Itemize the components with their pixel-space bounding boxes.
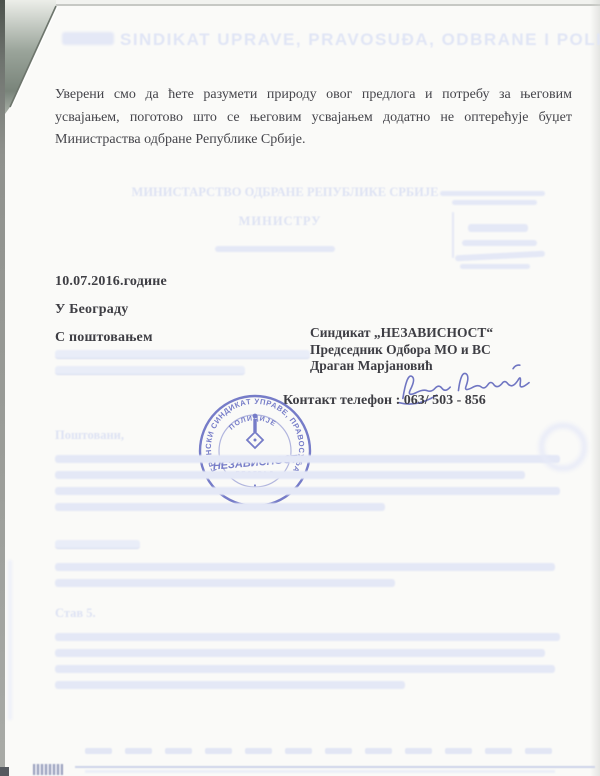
ghost-text-line	[452, 200, 537, 205]
ghost-dash	[485, 748, 512, 754]
ghost-footer-line	[75, 766, 595, 768]
ghost-footer-barcode	[33, 764, 63, 775]
place-line: У Београду	[55, 302, 128, 318]
ghost-minister-line: МИНИСТРУ	[225, 214, 335, 229]
scan-right-shadow	[590, 0, 600, 776]
ghost-dash	[85, 748, 112, 754]
ghost-text-line	[55, 681, 405, 689]
ghost-mark	[455, 251, 545, 262]
ghost-mark	[462, 240, 537, 246]
ghost-text-line	[215, 246, 335, 252]
ghost-footer-subline	[85, 770, 555, 773]
ghost-section-label: Став 5.	[55, 606, 96, 621]
ghost-letterhead-fragment	[62, 32, 114, 45]
ghost-footer-dashes	[85, 748, 555, 754]
ghost-dash	[445, 748, 472, 754]
ghost-text-line	[55, 579, 395, 587]
ghost-text-line	[55, 665, 555, 673]
ghost-underlined-line	[55, 366, 245, 375]
ghost-ministry-line: МИНИСТАРСТВО ОДБРАНЕ РЕПУБЛИКЕ СРБИЈЕ	[110, 185, 460, 200]
page-top-edge-line	[55, 4, 600, 6]
signatory-organization: Синдикат „НЕЗАВИСНОСТ“	[310, 325, 493, 342]
ghost-mark	[468, 224, 528, 232]
ghost-text-line	[55, 563, 555, 571]
scan-left-edge	[0, 0, 5, 776]
ghost-stamp-echo	[539, 423, 587, 471]
ghost-margin-strip	[8, 560, 12, 720]
ghost-dash	[205, 748, 232, 754]
ghost-dash	[125, 748, 152, 754]
date-line: 10.07.2016.године	[55, 274, 167, 290]
ghost-letterhead-text: SINDIKAT UPRAVE, PRAVOSUĐA, ODBRANE I PO…	[120, 30, 600, 50]
ghost-dash	[405, 748, 432, 754]
ghost-dash	[285, 748, 312, 754]
closing-line: С поштовањем	[55, 330, 153, 346]
ghost-salutation: Поштовани,	[55, 428, 124, 443]
ghost-dash	[325, 748, 352, 754]
ghost-text-line	[55, 503, 385, 511]
scanned-letter-page: SINDIKAT UPRAVE, PRAVOSUĐA, ODBRANE I PO…	[0, 0, 600, 776]
ghost-text-line	[440, 191, 545, 196]
ghost-text-line	[55, 540, 140, 549]
signatory-title: Председник Одбора МО и ВС	[310, 342, 493, 359]
ghost-dash	[365, 748, 392, 754]
ghost-text-line	[55, 471, 525, 479]
ghost-dash	[165, 748, 192, 754]
ghost-text-line	[55, 649, 545, 657]
ghost-underlined-line	[55, 350, 310, 359]
ghost-mark	[452, 212, 454, 258]
ghost-mark	[460, 264, 530, 269]
scan-corner-mark	[0, 767, 9, 776]
ghost-dash	[245, 748, 272, 754]
ghost-text-line	[55, 487, 560, 495]
ghost-text-line	[55, 455, 560, 463]
body-paragraph: Уверени смо да ћете разумети природу ово…	[55, 84, 572, 152]
ghost-text-line	[55, 633, 560, 641]
ghost-dash	[525, 748, 552, 754]
